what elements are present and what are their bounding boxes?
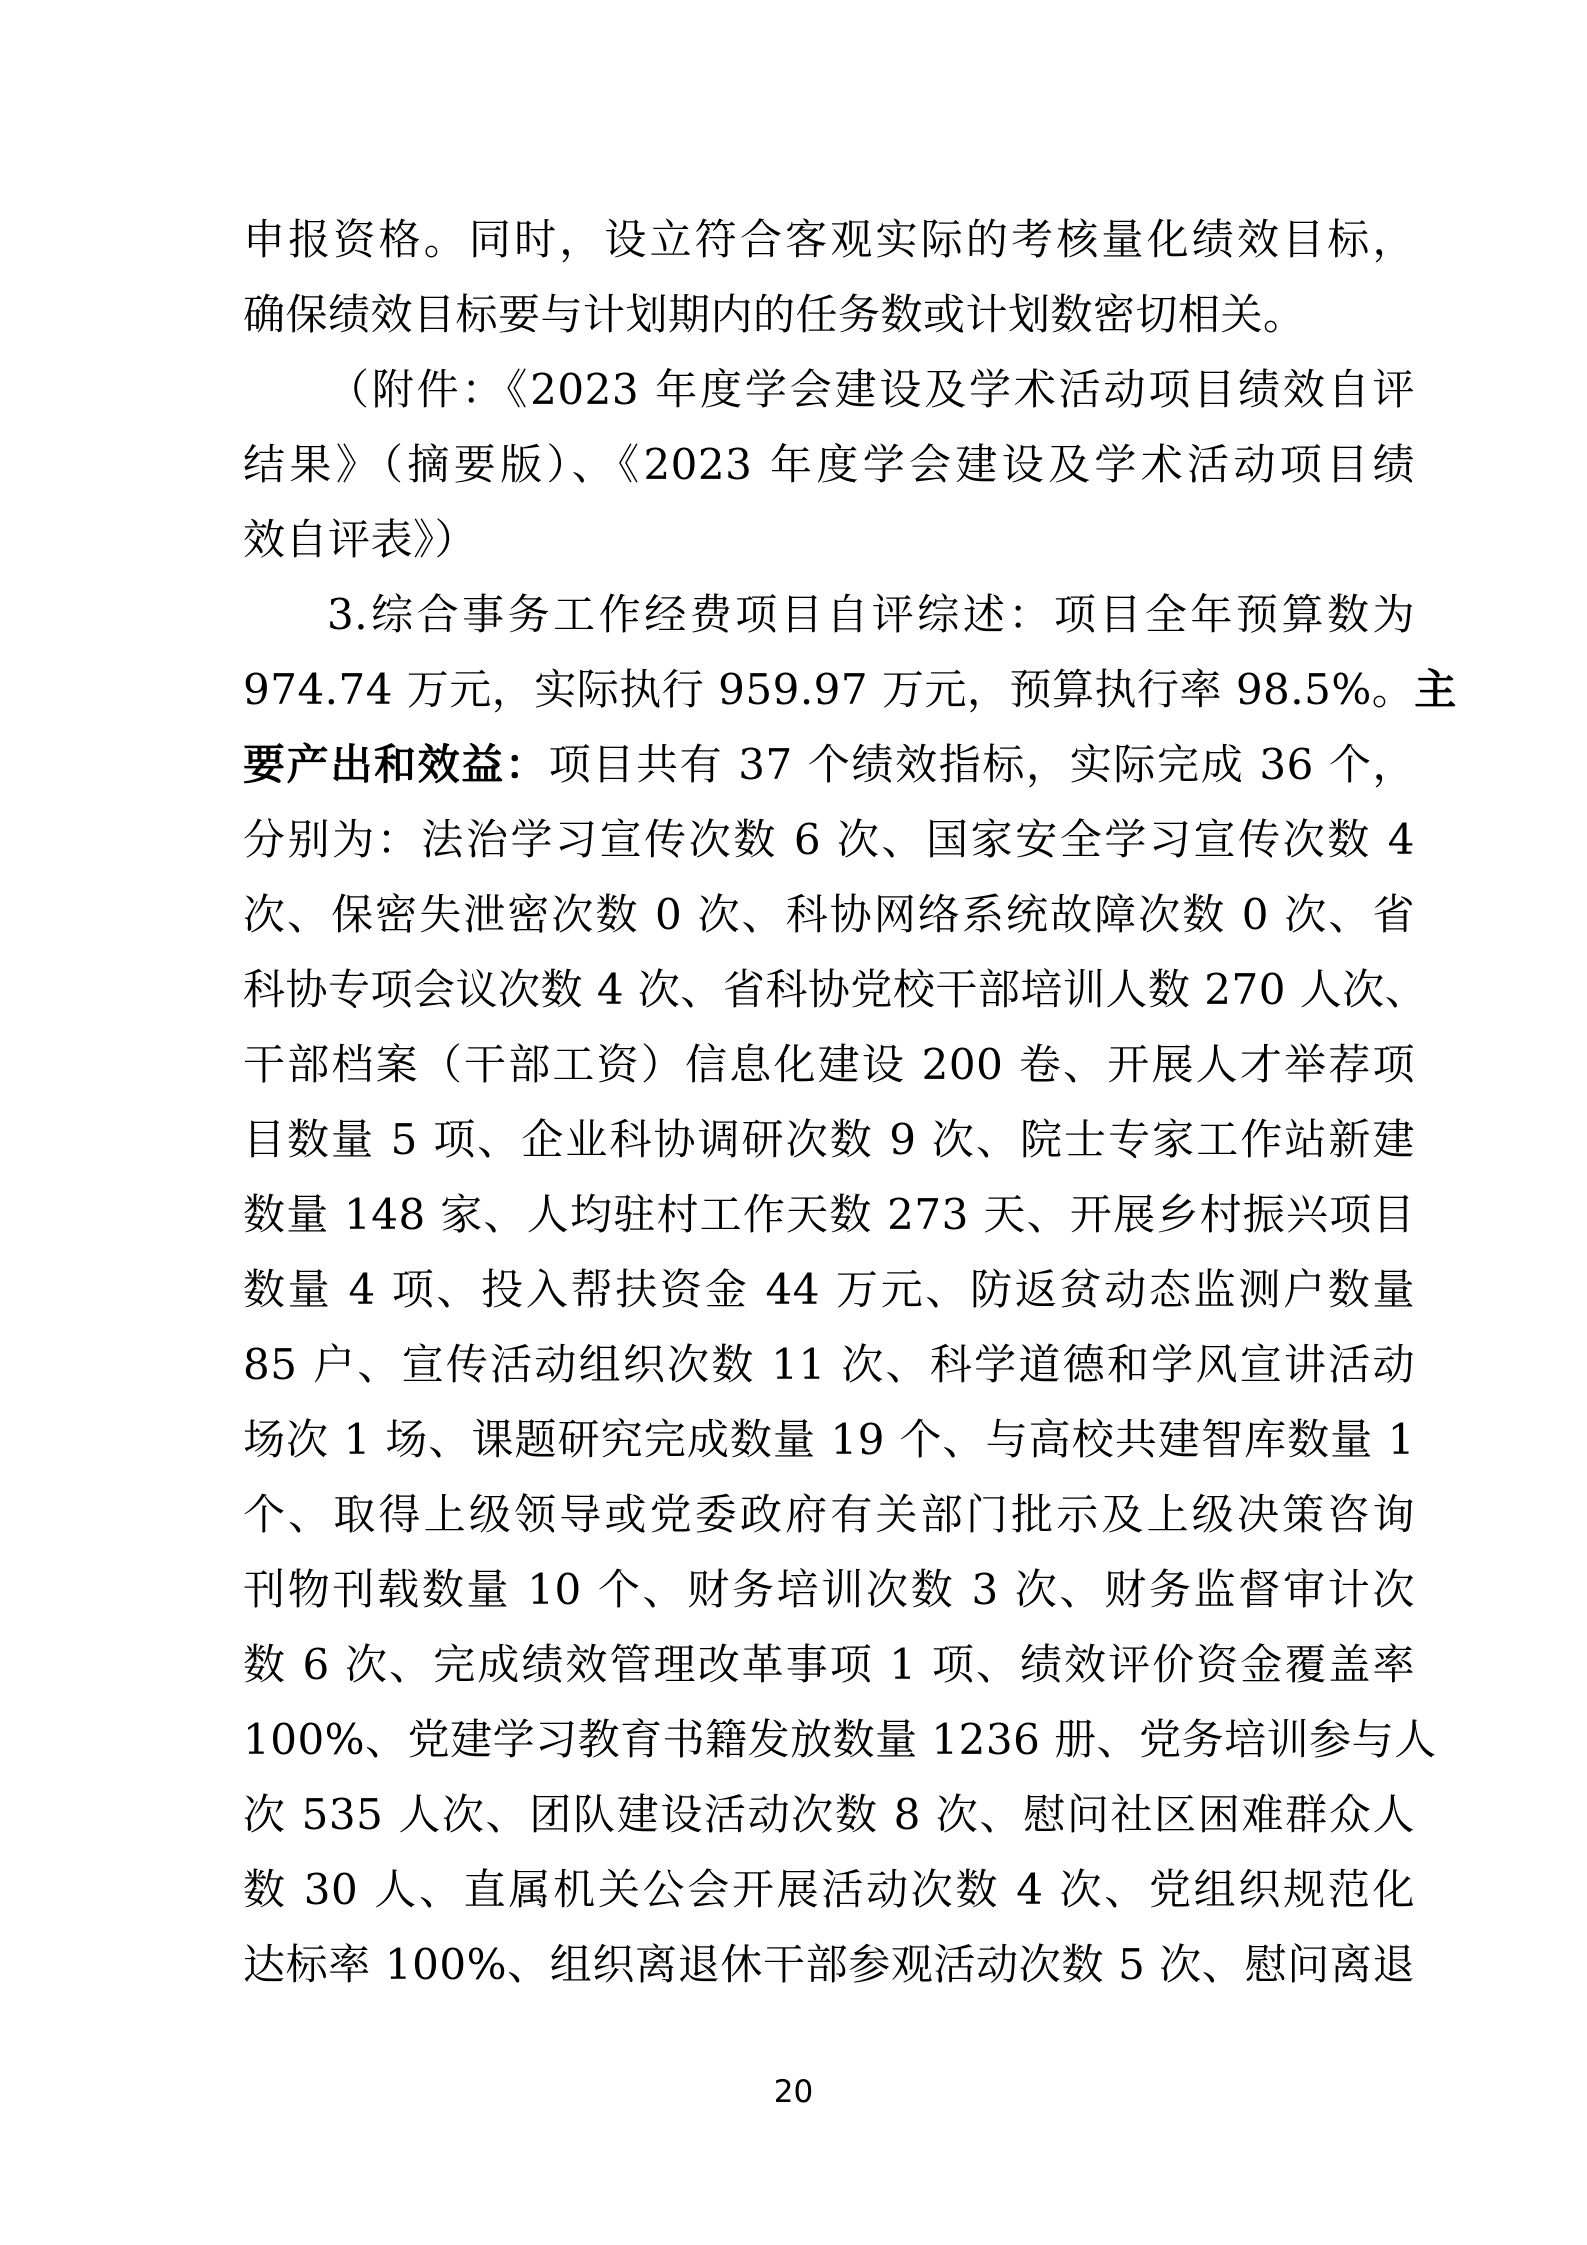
text-line: 效自评表》） [243, 502, 1415, 577]
text-line: 干部档案（干部工资）信息化建设 200 卷、开展人才举荐项 [243, 1027, 1415, 1102]
bold-emphasis-text: 要产出和效益： [243, 740, 549, 789]
body-text-segment: 目数量 5 项、企业科协调研次数 9 次、院士专家工作站新建 [243, 1115, 1415, 1164]
text-line: 3.综合事务工作经费项目自评综述：项目全年预算数为 [243, 577, 1415, 652]
text-line: 数量 148 家、人均驻村工作天数 273 天、开展乡村振兴项目 [243, 1177, 1415, 1252]
body-text-segment: 3.综合事务工作经费项目自评综述：项目全年预算数为 [327, 590, 1415, 639]
text-line: 结果》（摘要版）、《2023 年度学会建设及学术活动项目绩 [243, 427, 1415, 502]
text-line: 次、保密失泄密次数 0 次、科协网络系统故障次数 0 次、省 [243, 877, 1415, 952]
body-text-segment: 数 30 人、直属机关公会开展活动次数 4 次、党组织规范化 [243, 1865, 1415, 1914]
text-line: 100%、党建学习教育书籍发放数量 1236 册、党务培训参与人 [243, 1702, 1415, 1777]
body-text-segment: 干部档案（干部工资）信息化建设 200 卷、开展人才举荐项 [243, 1040, 1415, 1089]
body-text-segment: 分别为：法治学习宣传次数 6 次、国家安全学习宣传次数 4 [243, 815, 1415, 864]
text-line: 分别为：法治学习宣传次数 6 次、国家安全学习宣传次数 4 [243, 802, 1415, 877]
text-line: 达标率 100%、组织离退休干部参观活动次数 5 次、慰问离退 [243, 1927, 1415, 2002]
body-text-segment: 结果》（摘要版）、《2023 年度学会建设及学术活动项目绩 [243, 440, 1415, 489]
body-text-segment: 100%、党建学习教育书籍发放数量 1236 册、党务培训参与人 [243, 1715, 1437, 1764]
text-line: （附件：《2023 年度学会建设及学术活动项目绩效自评 [243, 352, 1415, 427]
body-text-segment: 刊物刊载数量 10 个、财务培训次数 3 次、财务监督审计次 [243, 1565, 1415, 1614]
document-page: 申报资格。同时，设立符合客观实际的考核量化绩效目标，确保绩效目标要与计划期内的任… [0, 0, 1587, 2245]
text-line: 个、取得上级领导或党委政府有关部门批示及上级决策咨询 [243, 1477, 1415, 1552]
text-line: 刊物刊载数量 10 个、财务培训次数 3 次、财务监督审计次 [243, 1552, 1415, 1627]
text-line: 申报资格。同时，设立符合客观实际的考核量化绩效目标， [243, 202, 1415, 277]
text-line: 要产出和效益：项目共有 37 个绩效指标，实际完成 36 个， [243, 727, 1415, 802]
body-text-segment: 效自评表》） [243, 515, 477, 564]
body-text-segment: 974.74 万元，实际执行 959.97 万元，预算执行率 98.5%。 [243, 665, 1414, 714]
body-text-segment: 85 户、宣传活动组织次数 11 次、科学道德和学风宣讲活动 [243, 1340, 1415, 1389]
text-content: 申报资格。同时，设立符合客观实际的考核量化绩效目标，确保绩效目标要与计划期内的任… [243, 202, 1415, 2002]
text-line: 974.74 万元，实际执行 959.97 万元，预算执行率 98.5%。主 [243, 652, 1415, 727]
body-text-segment: 数 6 次、完成绩效管理改革事项 1 项、绩效评价资金覆盖率 [243, 1640, 1415, 1689]
body-text-segment: 次 535 人次、团队建设活动次数 8 次、慰问社区困难群众人 [243, 1790, 1415, 1839]
text-line: 确保绩效目标要与计划期内的任务数或计划数密切相关。 [243, 277, 1415, 352]
text-line: 数 30 人、直属机关公会开展活动次数 4 次、党组织规范化 [243, 1852, 1415, 1927]
body-text-segment: 场次 1 场、课题研究完成数量 19 个、与高校共建智库数量 1 [243, 1415, 1415, 1464]
body-text-segment: 次、保密失泄密次数 0 次、科协网络系统故障次数 0 次、省 [243, 890, 1415, 939]
body-text-segment: 确保绩效目标要与计划期内的任务数或计划数密切相关。 [243, 290, 1306, 339]
text-line: 数 6 次、完成绩效管理改革事项 1 项、绩效评价资金覆盖率 [243, 1627, 1415, 1702]
body-text-segment: （附件：《2023 年度学会建设及学术活动项目绩效自评 [327, 365, 1415, 414]
bold-emphasis-text: 主 [1414, 665, 1457, 714]
text-line: 数量 4 项、投入帮扶资金 44 万元、防返贫动态监测户数量 [243, 1252, 1415, 1327]
body-text-segment: 数量 148 家、人均驻村工作天数 273 天、开展乡村振兴项目 [243, 1190, 1415, 1239]
body-text-segment: 项目共有 37 个绩效指标，实际完成 36 个， [549, 740, 1415, 789]
text-line: 场次 1 场、课题研究完成数量 19 个、与高校共建智库数量 1 [243, 1402, 1415, 1477]
text-line: 85 户、宣传活动组织次数 11 次、科学道德和学风宣讲活动 [243, 1327, 1415, 1402]
page-number: 20 [0, 2072, 1587, 2112]
text-line: 科协专项会议次数 4 次、省科协党校干部培训人数 270 人次、 [243, 952, 1415, 1027]
text-line: 目数量 5 项、企业科协调研次数 9 次、院士专家工作站新建 [243, 1102, 1415, 1177]
body-text-segment: 个、取得上级领导或党委政府有关部门批示及上级决策咨询 [243, 1490, 1415, 1539]
body-text-segment: 申报资格。同时，设立符合客观实际的考核量化绩效目标， [243, 215, 1415, 264]
body-text-segment: 科协专项会议次数 4 次、省科协党校干部培训人数 270 人次、 [243, 965, 1427, 1014]
text-line: 次 535 人次、团队建设活动次数 8 次、慰问社区困难群众人 [243, 1777, 1415, 1852]
body-text-segment: 达标率 100%、组织离退休干部参观活动次数 5 次、慰问离退 [243, 1940, 1415, 1989]
body-text-segment: 数量 4 项、投入帮扶资金 44 万元、防返贫动态监测户数量 [243, 1265, 1415, 1314]
